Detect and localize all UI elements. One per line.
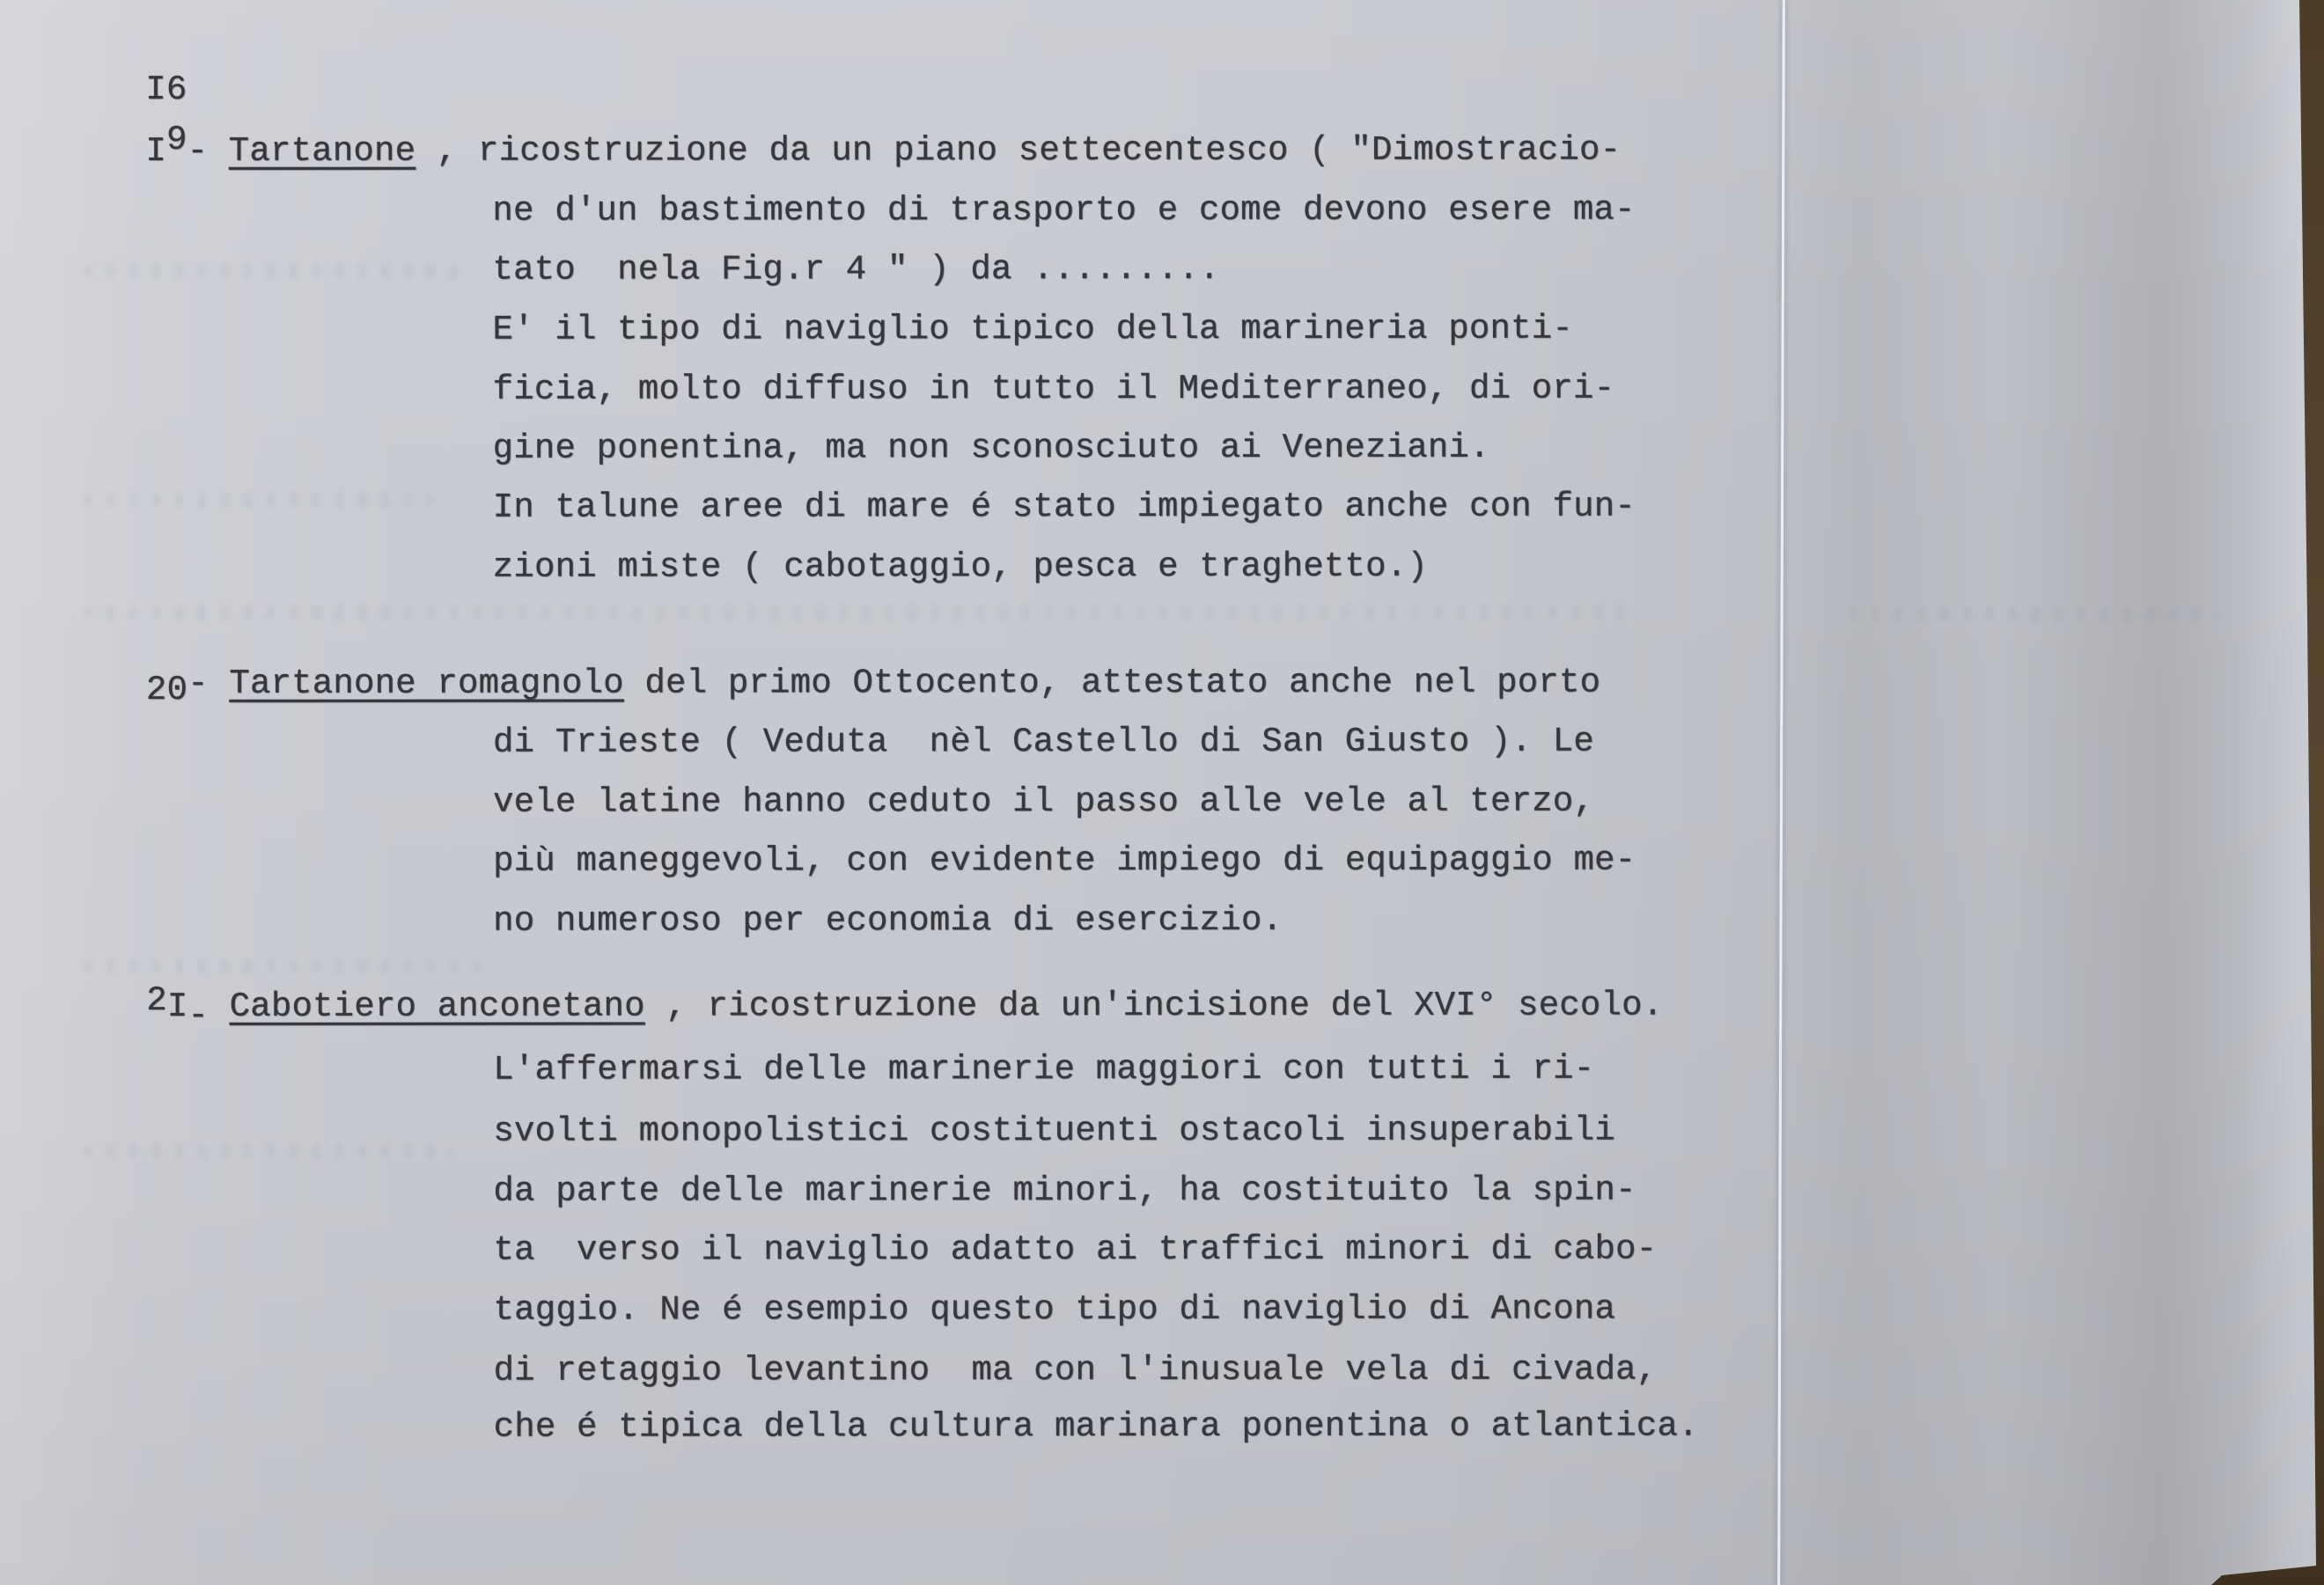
item-number: I9- <box>145 132 208 171</box>
item-20-heading: 20- Tartanone romagnolo del primo Ottoce… <box>146 661 1600 706</box>
item-heading-text: , ricostruzione da un'incisione del XVI°… <box>645 987 1664 1026</box>
text-line: ne d'un bastimento di trasporto e come d… <box>492 188 1635 233</box>
spacer <box>209 987 230 1026</box>
spacer <box>209 664 230 703</box>
document-page: I6 I9- Tartanone , ricostruzione da un p… <box>0 0 2324 1585</box>
text-line: da parte delle marinerie minori, ha cost… <box>493 1169 1636 1214</box>
text-line: zioni miste ( cabotaggio, pesca e traghe… <box>493 545 1428 590</box>
spacer <box>208 132 229 171</box>
text-line: di retaggio levantino ma con l'inusuale … <box>494 1348 1658 1393</box>
text-line: svolti monopolistici costituenti ostacol… <box>493 1109 1615 1154</box>
item-heading-text: , ricostruzione da un piano settecentesc… <box>416 131 1621 171</box>
text-line: che é tipica della cultura marinara pone… <box>494 1404 1699 1449</box>
text-line: ta verso il naviglio adatto ai traffici … <box>493 1228 1657 1273</box>
text-line: di Trieste ( Veduta nèl Castello di San … <box>493 720 1594 765</box>
item-title: Cabotiero anconetano <box>230 987 645 1026</box>
text-line: ficia, molto diffuso in tutto il Mediter… <box>493 367 1615 412</box>
item-title: Tartanone <box>229 132 416 171</box>
text-line: più maneggevoli, con evidente impiego di… <box>493 839 1636 884</box>
text-line: In talune aree di mare é stato impiegato… <box>493 485 1636 530</box>
text-line: E' il tipo di naviglio tipico della mari… <box>493 307 1573 352</box>
photo-backdrop: I6 I9- Tartanone , ricostruzione da un p… <box>0 0 2324 1585</box>
text-line: vele latine hanno ceduto il passo alle v… <box>493 780 1594 825</box>
text-line: L'affermarsi delle marinerie maggiori co… <box>493 1047 1594 1092</box>
page-number: I6 <box>145 68 187 112</box>
typewritten-text: I6 I9- Tartanone , ricostruzione da un p… <box>0 0 2324 1585</box>
item-19-heading: I9- Tartanone , ricostruzione da un pian… <box>145 128 1621 173</box>
item-title: Tartanone romagnolo <box>229 664 624 703</box>
item-number: 2I- <box>146 987 209 1026</box>
item-number: 20- <box>146 664 209 703</box>
text-line: gine ponentina, ma non sconosciuto ai Ve… <box>493 426 1490 471</box>
text-line: taggio. Ne é esempio questo tipo di navi… <box>493 1288 1615 1332</box>
item-heading-text: del primo Ottocento, attestato anche nel… <box>624 664 1600 703</box>
item-21-heading: 2I- Cabotiero anconetano , ricostruzione… <box>146 984 1663 1030</box>
text-line: no numeroso per economia di esercizio. <box>493 899 1283 943</box>
text-line: tato nela Fig.r 4 " ) da ......... <box>492 247 1219 292</box>
